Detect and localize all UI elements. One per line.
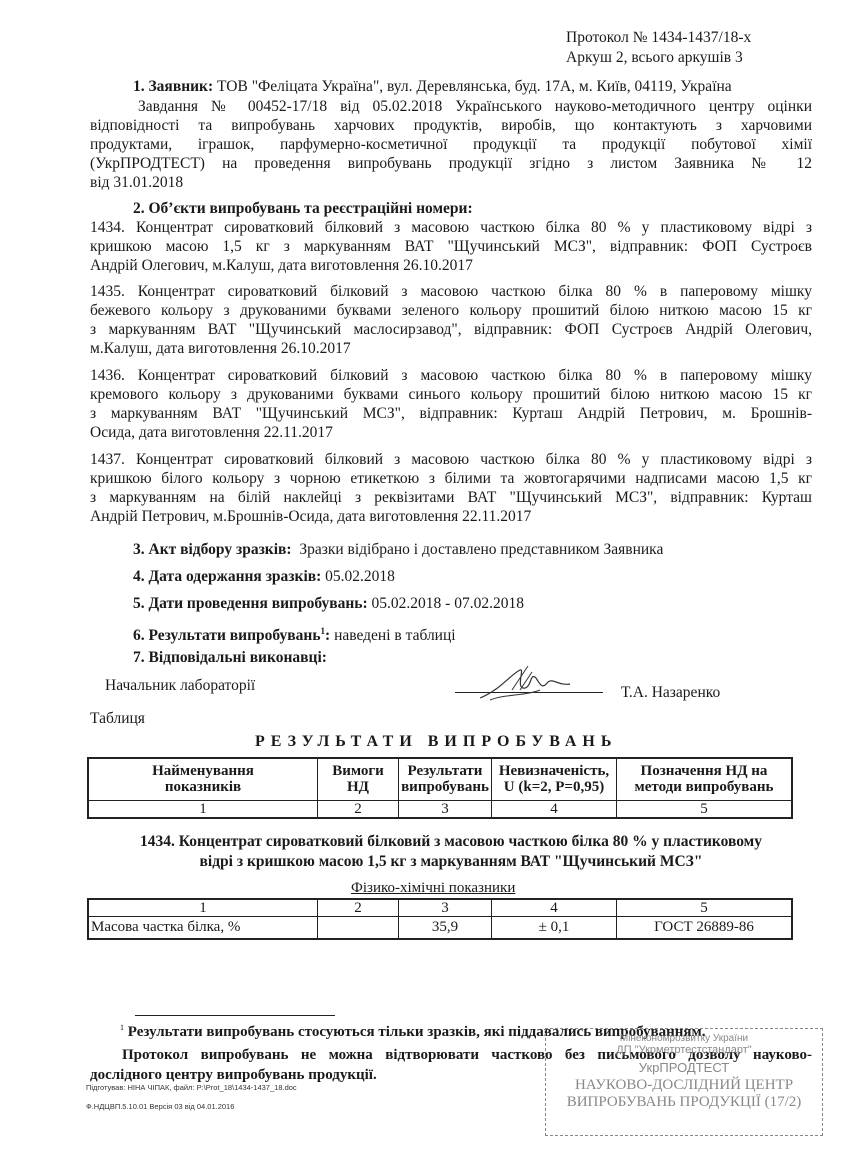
indicator-name: Масова частка білка, %: [88, 917, 318, 939]
test-results-label: 6. Результати випробувань: [133, 627, 321, 644]
signer-role: Начальник лабораторії: [105, 676, 255, 695]
object-line: Андрій Олегович, м.Калуш, дата виготовле…: [90, 256, 812, 275]
receipt-date-value: 05.02.2018: [325, 568, 395, 585]
task-paragraph: Завдання № 00452-17/18 від 05.02.2018 Ук…: [90, 97, 812, 192]
prepared-by: Підготував: НІНА ЧІПАК, файл: P:\Prot_18…: [86, 1083, 297, 1092]
organization-stamp: Мінекономрозвитку України ДП "Укрметртес…: [545, 1028, 823, 1136]
sheet-count: Аркуш 2, всього аркушів 3: [566, 48, 743, 68]
sampling-act: 3. Акт відбору зразків: Зразки відібрано…: [133, 540, 663, 560]
applicant-label: 1. Заявник:: [133, 78, 213, 95]
form-code: Ф.НДЦВП.5.10.01 Версія 03 від 04.01.2016: [86, 1102, 234, 1111]
test-dates-label: 5. Дати проведення випробувань:: [133, 595, 368, 612]
col-header-requirements: ВимогиНД: [318, 758, 399, 800]
sampling-act-value: Зразки відібрано і доставлено представни…: [299, 541, 663, 558]
test-dates: 5. Дати проведення випробувань: 05.02.20…: [133, 594, 524, 614]
object-line: з маркуванням на білій наклейці з реквіз…: [90, 488, 812, 507]
object-1436: 1436. Концентрат сироватковий білковий з…: [90, 366, 812, 442]
object-1434: 1434. Концентрат сироватковий білковий з…: [90, 218, 812, 275]
test-results-value: наведені в таблиці: [334, 627, 456, 644]
object-line: 1437. Концентрат сироватковий білковий з…: [90, 450, 812, 469]
col-number: 1: [88, 800, 318, 818]
object-line: м.Калуш, дата виготовлення 26.10.2017: [90, 339, 812, 358]
table-label: Таблиця: [90, 709, 145, 728]
sample-title: 1434. Концентрат сироватковий білковий з…: [90, 832, 812, 872]
stamp-line: УкрПРОДТЕСТ: [546, 1060, 822, 1075]
col-number: 3: [399, 899, 492, 917]
object-line: Андрій Петрович, м.Брошнів-Осида, дата в…: [90, 507, 812, 526]
col-number: 5: [617, 800, 793, 818]
sample-title-line: відрі з кришкою масою 1,5 кг з маркуванн…: [90, 852, 812, 872]
responsible-heading: 7. Відповідальні виконавці:: [133, 648, 327, 668]
method-standard: ГОСТ 26889-86: [617, 917, 793, 939]
task-line: від 31.01.2018: [90, 173, 812, 192]
results-title: РЕЗУЛЬТАТИ ВИПРОБУВАНЬ: [255, 733, 617, 751]
table-row: Масова частка білка, % 35,9 ± 0,1 ГОСТ 2…: [88, 917, 792, 939]
footnote-divider: [135, 1015, 335, 1016]
receipt-date-label: 4. Дата одержання зразків:: [133, 568, 321, 585]
applicant-value: ТОВ "Феліцата Україна", вул. Деревлянськ…: [217, 78, 732, 95]
object-line: Осида, дата виготовлення 22.11.2017: [90, 423, 812, 442]
col-number: 2: [318, 899, 399, 917]
sampling-act-label: 3. Акт відбору зразків:: [133, 541, 292, 558]
object-line: з маркуванням ВАТ "Щучинський МСЗ", відп…: [90, 404, 812, 423]
col-number: 1: [88, 899, 318, 917]
col-number: 5: [617, 899, 793, 917]
applicant-line: 1. Заявник: ТОВ "Феліцата Україна", вул.…: [133, 77, 732, 97]
physchem-table: 1 2 3 4 5 Масова частка білка, % 35,9 ± …: [87, 898, 793, 940]
test-results-line: 6. Результати випробувань1: наведені в т…: [133, 621, 456, 646]
object-1435: 1435. Концентрат сироватковий білковий з…: [90, 282, 812, 358]
task-line: (УкрПРОДТЕСТ) на проведення випробувань …: [90, 154, 812, 173]
object-line: кришкою масою 1,5 кг з маркуванням ВАТ "…: [90, 237, 812, 256]
col-header-method: Позначення НД наметоди випробувань: [617, 758, 793, 800]
task-line: відповідності та випробувань харчових пр…: [90, 116, 812, 135]
stamp-line: ВИПРОБУВАНЬ ПРОДУКЦІЇ (17/2): [546, 1094, 822, 1111]
objects-heading: 2. Об’єкти випробувань та реєстраційні н…: [133, 199, 473, 219]
object-line: з маркуванням ВАТ "Щучинський маслосирза…: [90, 320, 812, 339]
col-header-indicators: Найменуванняпоказників: [88, 758, 318, 800]
signature-icon: [470, 660, 580, 705]
footnote-marker: 1: [120, 1023, 124, 1032]
signer-name: Т.А. Назаренко: [621, 683, 720, 702]
task-line: продуктами, іграшок, парфумерно-косметич…: [90, 135, 812, 154]
results-header-table: Найменуванняпоказників ВимогиНД Результа…: [87, 757, 793, 819]
uncertainty-value: ± 0,1: [492, 917, 617, 939]
col-number: 3: [399, 800, 492, 818]
protocol-number: Протокол № 1434-1437/18-х: [566, 28, 751, 48]
col-number: 4: [492, 800, 617, 818]
subtable-title: Фізико-хімічні показники: [351, 880, 515, 897]
stamp-line: НАУКОВО-ДОСЛІДНИЙ ЦЕНТР: [546, 1077, 822, 1094]
object-line: кришкою білого кольору з чорною етикетко…: [90, 469, 812, 488]
receipt-date: 4. Дата одержання зразків: 05.02.2018: [133, 567, 395, 587]
requirement-value: [318, 917, 399, 939]
col-number: 4: [492, 899, 617, 917]
col-header-uncertainty: Невизначеність,U (k=2, P=0,95): [492, 758, 617, 800]
test-dates-value: 05.02.2018 - 07.02.2018: [372, 595, 524, 612]
object-line: 1434. Концентрат сироватковий білковий з…: [90, 218, 812, 237]
col-header-results: Результативипробувань: [399, 758, 492, 800]
task-line: Завдання № 00452-17/18 від 05.02.2018 Ук…: [90, 97, 812, 116]
object-line: 1435. Концентрат сироватковий білковий з…: [90, 282, 812, 301]
object-line: кремового кольору з друкованими буквами …: [90, 385, 812, 404]
object-line: 1436. Концентрат сироватковий білковий з…: [90, 366, 812, 385]
stamp-line: ДП "Укрметртестстандарт": [546, 1044, 822, 1056]
colon: :: [325, 627, 330, 644]
stamp-line: Мінекономрозвитку України: [546, 1033, 822, 1044]
object-line: бежевого кольору з друкованими буквами з…: [90, 301, 812, 320]
result-value: 35,9: [399, 917, 492, 939]
object-1437: 1437. Концентрат сироватковий білковий з…: [90, 450, 812, 526]
col-number: 2: [318, 800, 399, 818]
sample-title-line: 1434. Концентрат сироватковий білковий з…: [90, 832, 812, 852]
